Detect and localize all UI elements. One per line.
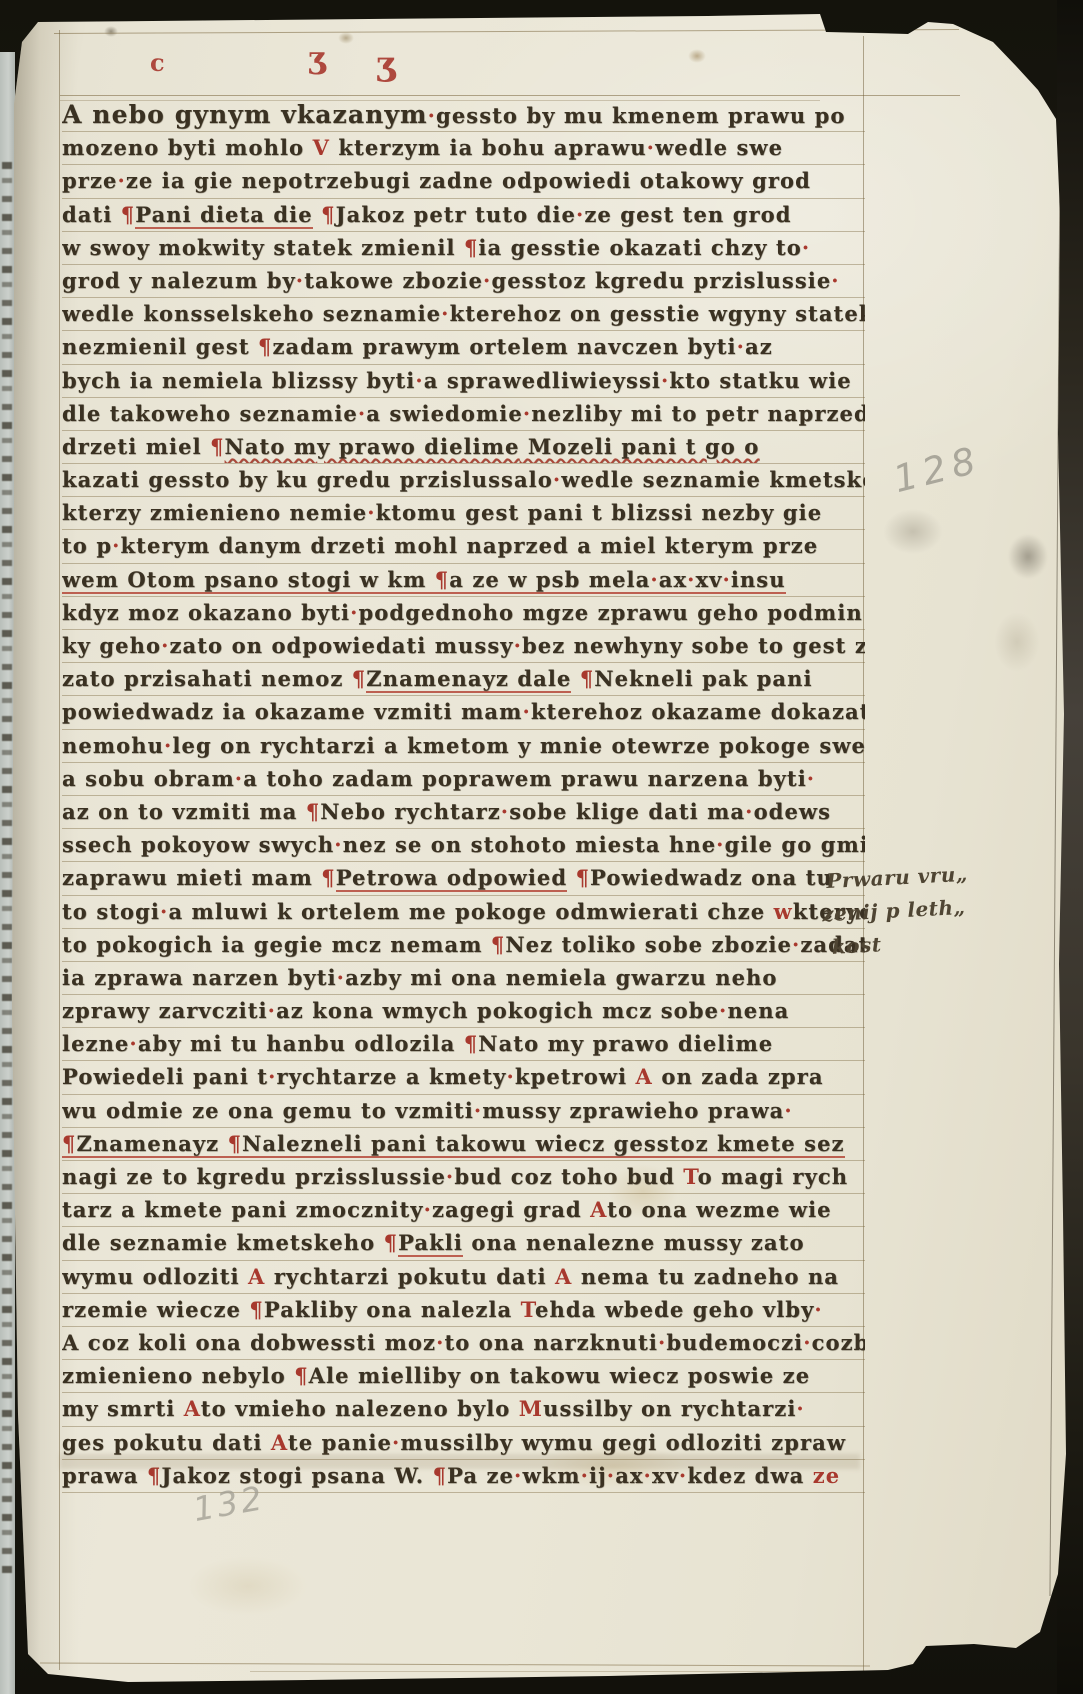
quire-mark-3a: ʒ: [308, 40, 326, 76]
stain: [994, 612, 1040, 672]
text-segment: ·: [745, 799, 753, 824]
manuscript-line: nagi ze to kgredu przisslussie·bud coz t…: [62, 1161, 865, 1194]
text-segment: ax: [659, 567, 687, 594]
text-segment: grod y nalezum by: [62, 268, 296, 293]
text-segment: zaprawu mieti mam: [62, 865, 321, 890]
manuscript-line: mozeno byti mohlo V kterzym ia bohu apra…: [62, 132, 865, 165]
text-segment: az: [745, 334, 773, 359]
manuscript-line: zprawy zarvcziti·az kona wmych pokogich …: [62, 995, 865, 1028]
text-segment: dle seznamie kmetskeho: [62, 1230, 384, 1255]
text-segment: mussilby wymu gegi odloziti zpraw: [400, 1430, 846, 1455]
text-segment: w swoy mokwity statek zmienil: [62, 235, 464, 260]
text-segment: ¶: [435, 567, 449, 594]
text-segment: ktomu gest pani t blizssi nezby gie: [376, 500, 823, 525]
text-segment: ·: [506, 1064, 514, 1089]
manuscript-page: c ʒ ʒ A nebo gynym vkazanym·gessto by mu…: [8, 14, 1068, 1684]
text-segment: ona nenalezne mussy zato: [463, 1230, 805, 1255]
text-segment: ·: [337, 965, 345, 990]
text-segment: M: [519, 1396, 543, 1421]
manuscript-line: dati ¶Pani dieta die ¶Jakoz petr tuto di…: [62, 199, 865, 232]
text-segment: Ale mielliby on takowu wiecz poswie ze: [309, 1363, 811, 1388]
text-segment: budemoczi: [666, 1330, 803, 1355]
text-segment: to stogi: [62, 899, 160, 924]
text-segment: V: [313, 135, 330, 160]
text-segment: ia gesstie okazati chzy to: [478, 235, 801, 260]
text-segment: a sobu obram: [62, 766, 235, 791]
text-segment: ze ia gie nepotrzebugi zadne odpowiedi o…: [126, 168, 811, 193]
text-segment: ¶: [62, 1131, 76, 1158]
text-segment: ·: [334, 832, 342, 857]
text-segment: zadam prawym ortelem navczen byti: [273, 334, 737, 359]
text-segment: ¶: [352, 666, 366, 691]
text-segment: kazati gessto by ku gredu przislussalo: [62, 467, 553, 492]
text-segment: nema tu zadneho na: [572, 1264, 839, 1289]
ruling-left-margin-line: [59, 30, 60, 1670]
text-segment: Pani dieta die: [135, 202, 312, 229]
ruling-bottom-line-2: [250, 1671, 860, 1672]
text-segment: az kona wmych pokogich mcz sobe: [276, 998, 719, 1023]
text-segment: lezne: [62, 1031, 129, 1056]
text-segment: [571, 666, 579, 691]
text-segment: ¶: [228, 1131, 242, 1158]
manuscript-line: Powiedeli pani t·rychtarze a kmety·kpetr…: [62, 1061, 865, 1094]
text-segment: prze: [62, 168, 117, 193]
manuscript-line: dle takoweho seznamie·a swiedomie·nezlib…: [62, 398, 865, 431]
text-segment: leg on rychtarzi a kmetom y mnie otewrze…: [172, 733, 865, 758]
manuscript-line: ssech pokoyow swych·nez se on stohoto mi…: [62, 829, 865, 862]
text-segment: ges pokutu dati: [62, 1430, 271, 1455]
text-segment: kterehoz okazame dokazati: [531, 699, 865, 724]
text-segment: ·: [129, 1031, 137, 1056]
text-segment: Powiedwadz ona tu: [590, 865, 833, 890]
stain: [688, 49, 706, 63]
manuscript-line: grod y nalezum by·takowe zbozie·gesstoz …: [62, 265, 865, 298]
text-segment: rychtarze a kmety: [277, 1064, 507, 1089]
text-segment: ·: [722, 567, 730, 594]
text-segment: A nebo gynym vkazanym: [62, 100, 428, 129]
ruling-top-line: [54, 29, 959, 34]
quire-mark-3b: ʒ: [376, 44, 395, 84]
text-segment: a mluwi k ortelem me pokoge odmwierati c…: [168, 899, 773, 924]
text-segment: Powiedeli pani t: [62, 1064, 268, 1089]
text-segment: ·: [501, 799, 509, 824]
text-segment: ¶: [321, 202, 335, 227]
text-segment: az on to vzmiti ma: [62, 799, 306, 824]
text-segment: ·: [296, 268, 304, 293]
text-segment: ·: [350, 600, 358, 625]
text-segment: Petrowa odpowied: [336, 865, 567, 892]
text-segment: ·: [553, 467, 561, 492]
text-segment: xv: [696, 567, 723, 594]
text-segment: bych ia nemiela blizssy byti: [62, 368, 415, 393]
text-segment: ·: [716, 832, 724, 857]
manuscript-line: wem Otom psano stogi w km ¶a ze w psb me…: [62, 564, 865, 597]
text-segment: zagegi grad: [432, 1197, 590, 1222]
text-segment: te panie: [288, 1430, 392, 1455]
manuscript-line: my smrti Ato vmieho nalezeno bylo Mussil…: [62, 1393, 865, 1426]
text-segment: ·: [523, 401, 531, 426]
text-segment: nena: [727, 998, 789, 1023]
text-segment: Pakliby ona nalezla: [264, 1297, 521, 1322]
manuscript-line: drzeti miel ¶Nato my prawo dielime Mozel…: [62, 431, 865, 464]
text-segment: ·: [268, 1064, 276, 1089]
manuscript-line: rzemie wiecze ¶Pakliby ona nalezla Tehda…: [62, 1294, 865, 1327]
text-segment: ky geho: [62, 633, 161, 658]
text-segment: gile go gmie: [725, 832, 865, 857]
text-segment: kto statku wie: [669, 368, 851, 393]
folio-number-pencil: 128: [889, 438, 985, 501]
text-segment: ¶: [491, 932, 505, 957]
text-segment: rzemie wiecze: [62, 1297, 249, 1322]
text-segment: takowe zbozie: [304, 268, 483, 293]
text-segment: ·: [803, 1330, 811, 1355]
text-segment: o magi rych: [698, 1164, 849, 1189]
text-segment: ·: [650, 567, 658, 594]
text-segment: ·: [268, 998, 276, 1023]
text-segment: nez se on stohoto miesta hne: [343, 832, 716, 857]
text-segment: Nato my prawo dielime: [478, 1031, 773, 1056]
text-segment: nemohu: [62, 733, 164, 758]
text-segment: wem Otom psano stogi w km: [62, 567, 435, 594]
text-segment: nezmienil gest: [62, 334, 258, 359]
text-segment: ·: [784, 1098, 792, 1123]
text-segment: A: [271, 1430, 288, 1455]
text-segment: kterehoz on gesstie wgyny statek: [450, 301, 865, 326]
manuscript-line: zato przisahati nemoz ¶Znamenayz dale ¶N…: [62, 663, 865, 696]
manuscript-line: w swoy mokwity statek zmienil ¶ia gessti…: [62, 232, 865, 265]
stain: [338, 32, 354, 44]
text-segment: A: [636, 1064, 653, 1089]
manuscript-line: zaprawu mieti mam ¶Petrowa odpowied ¶Pow…: [62, 862, 865, 895]
text-segment: ze gest ten grod: [584, 202, 791, 227]
text-segment: ·: [814, 1297, 822, 1322]
text-segment: kterzy zmienieno nemie: [62, 500, 367, 525]
text-segment: ia zprawa narzen byti: [62, 965, 337, 990]
text-segment: a ze w psb mela: [449, 567, 650, 594]
manuscript-line: dle seznamie kmetskeho ¶Pakli ona nenale…: [62, 1227, 865, 1260]
text-segment: wedle seznamie kmetske: [561, 467, 865, 492]
text-segment: ·: [117, 168, 125, 193]
text-segment: a sprawedliwieyssi: [424, 368, 661, 393]
manuscript-line: to pokogich ia gegie mcz nemam ¶Nez toli…: [62, 929, 865, 962]
text-segment: to p: [62, 533, 112, 558]
text-segment: ¶: [321, 865, 335, 890]
text-segment: T: [521, 1297, 535, 1322]
manuscript-line: wymu odloziti A rychtarzi pokutu dati A …: [62, 1261, 865, 1294]
text-segment: nezliby mi to petr naprzed: [531, 401, 865, 426]
text-segment: ·: [687, 567, 695, 594]
text-segment: Nato my prawo dielime: [225, 434, 520, 459]
text-segment: wedle konsselskeho seznamie: [62, 301, 441, 326]
text-segment: kterym danym drzeti mohl naprzed a miel …: [121, 533, 819, 558]
facing-page-bleedthrough-text: [2, 162, 12, 1582]
text-segment: powiedwadz ia okazame vzmiti mam: [62, 699, 522, 724]
text-segment: insu: [731, 567, 786, 594]
text-segment: a swiedomie: [366, 401, 523, 426]
manuscript-line: tarz a kmete pani zmocznity·zagegi grad …: [62, 1194, 865, 1227]
manuscript-line: kdyz moz okazano byti·podgednoho mgze zp…: [62, 597, 865, 630]
text-segment: Znamenayz dale: [366, 666, 571, 693]
text-segment: zprawy zarvcziti: [62, 998, 268, 1023]
text-block: A nebo gynym vkazanym·gessto by mu kmene…: [62, 99, 865, 1493]
manuscript-line: lezne·aby mi tu hanbu odlozila ¶Nato my …: [62, 1028, 865, 1061]
text-segment: wu odmie ze ona gemu to vzmiti: [62, 1098, 474, 1123]
manuscript-line: to p·kterym danym drzeti mohl naprzed a …: [62, 530, 865, 563]
manuscript-line: nezmienil gest ¶zadam prawym ortelem nav…: [62, 331, 865, 364]
text-segment: A: [184, 1396, 201, 1421]
text-segment: ssech pokoyow swych: [62, 832, 334, 857]
text-segment: T: [683, 1164, 697, 1189]
text-segment: ·: [441, 301, 449, 326]
manuscript-line: A coz koli ona dobwessti moz·to ona narz…: [62, 1327, 865, 1360]
text-segment: kdyz moz okazano byti: [62, 600, 350, 625]
manuscript-line: wu odmie ze ona gemu to vzmiti·mussy zpr…: [62, 1095, 865, 1128]
manuscript-line: a sobu obram·a toho zadam poprawem prawu…: [62, 763, 865, 796]
text-segment: ·: [514, 633, 522, 658]
manuscript-line: bych ia nemiela blizssy byti·a sprawedli…: [62, 365, 865, 398]
text-segment: Nalezneli pani takowu wiecz gesstoz kmet…: [242, 1131, 845, 1158]
text-segment: kpetrowi: [515, 1064, 636, 1089]
text-segment: sobe klige dati ma: [509, 799, 745, 824]
text-segment: bez newhyny sobe to gest ze: [522, 633, 865, 658]
text-segment: my smrti: [62, 1396, 184, 1421]
text-segment: ·: [737, 334, 745, 359]
manuscript-line: ¶Znamenayz ¶Nalezneli pani takowu wiecz …: [62, 1128, 865, 1161]
text-segment: ¶: [464, 235, 478, 260]
text-segment: Nebo rychtarz: [320, 799, 500, 824]
text-segment: ·: [424, 1197, 432, 1222]
ruling-header-line: [60, 95, 960, 96]
text-segment: A: [555, 1264, 572, 1289]
text-segment: zato przisahati nemoz: [62, 666, 352, 691]
text-segment: ¶: [294, 1363, 308, 1388]
text-segment: to ona narzknuti: [444, 1330, 657, 1355]
text-segment: ·: [415, 368, 423, 393]
text-segment: ·: [112, 533, 120, 558]
text-segment: ·: [802, 235, 810, 260]
text-segment: mussy zprawieho prawa: [482, 1098, 784, 1123]
manuscript-line: ia zprawa narzen byti·azby mi ona nemiel…: [62, 962, 865, 995]
text-segment: rychtarzi pokutu dati: [265, 1264, 555, 1289]
text-segment: gessto by mu kmenem prawu po: [436, 103, 846, 128]
text-segment: podgednoho mgze zprawu geho podmin: [359, 600, 863, 625]
text-segment: [313, 202, 321, 227]
manuscript-line: kterzy zmienieno nemie·ktomu gest pani t…: [62, 497, 865, 530]
text-segment: azby mi ona nemiela gwarzu neho: [345, 965, 777, 990]
text-segment: Jakoz petr tuto die: [336, 202, 576, 227]
text-segment: ·: [235, 766, 243, 791]
text-segment: ehda wbede geho vlby: [535, 1297, 814, 1322]
text-segment: Pakli: [398, 1230, 463, 1257]
text-segment: Nez toliko sobe zbozie: [505, 932, 792, 957]
text-segment: ussilby on rychtarzi: [543, 1396, 796, 1421]
text-segment: ·: [161, 633, 169, 658]
text-segment: gesstoz kgredu przislussie: [491, 268, 831, 293]
text-segment: dle takoweho seznamie: [62, 401, 358, 426]
text-segment: mozeno byti mohlo: [62, 135, 313, 160]
text-segment: Znamenayz: [76, 1131, 227, 1158]
text-segment: ·: [522, 699, 530, 724]
text-segment: ¶: [464, 1031, 478, 1056]
text-segment: ¶: [249, 1297, 263, 1322]
text-segment: to pokogich ia gegie mcz nemam: [62, 932, 491, 957]
manuscript-line: ky geho·zato on odpowiedati mussy·bez ne…: [62, 630, 865, 663]
manuscript-line: az on to vzmiti ma ¶Nebo rychtarz·sobe k…: [62, 796, 865, 829]
manuscript-line: wedle konsselskeho seznamie·kterehoz on …: [62, 298, 865, 331]
text-segment: odews: [754, 799, 831, 824]
ink-offset-ghost: [60, 1454, 860, 1469]
text-segment: Nekneli pak pani: [594, 666, 812, 691]
stain: [1008, 534, 1048, 579]
text-segment: wymu odloziti: [62, 1264, 248, 1289]
text-segment: ·: [796, 1396, 804, 1421]
stain: [883, 509, 943, 554]
text-segment: a toho zadam poprawem prawu narzena byti: [243, 766, 807, 791]
text-segment: drzeti miel: [62, 434, 210, 459]
text-segment: A coz koli ona dobwessti moz: [62, 1330, 436, 1355]
manuscript-line: kazati gessto by ku gredu przislussalo·w…: [62, 464, 865, 497]
manuscript-line: A nebo gynym vkazanym·gessto by mu kmene…: [62, 99, 865, 132]
stain: [188, 1556, 308, 1616]
text-segment: ¶: [306, 799, 320, 824]
text-segment: ¶: [384, 1230, 398, 1255]
text-segment: on zada zpra: [653, 1064, 824, 1089]
text-segment: Mozeli pani t go o: [520, 434, 760, 459]
ruling-bottom-line: [40, 1663, 870, 1667]
text-segment: dati: [62, 202, 121, 227]
text-segment: ·: [831, 268, 839, 293]
quire-mark-c: c: [150, 48, 165, 77]
text-segment: nagi ze to kgredu przisslussie: [62, 1164, 446, 1189]
manuscript-line: to stogi·a mluwi k ortelem me pokoge odm…: [62, 896, 865, 929]
text-segment: A: [248, 1264, 265, 1289]
text-segment: ¶: [258, 334, 272, 359]
text-segment: wedle swe: [655, 135, 783, 160]
text-segment: ·: [647, 135, 655, 160]
manuscript-line: nemohu·leg on rychtarzi a kmetom y mnie …: [62, 730, 865, 763]
text-segment: to ona wezme wie: [607, 1197, 831, 1222]
text-segment: [567, 865, 575, 890]
text-segment: A: [590, 1197, 607, 1222]
text-segment: ¶: [210, 434, 224, 459]
text-segment: ¶: [121, 202, 135, 227]
text-segment: ¶: [580, 666, 594, 691]
stain: [104, 26, 118, 37]
manuscript-line: zmienieno nebylo ¶Ale mielliby on takowu…: [62, 1360, 865, 1393]
text-segment: cozby: [812, 1330, 865, 1355]
text-segment: ¶: [576, 865, 590, 890]
text-segment: to vmieho nalezeno bylo: [201, 1396, 519, 1421]
manuscript-photo: c ʒ ʒ A nebo gynym vkazanym·gessto by mu…: [0, 0, 1083, 1694]
text-segment: w: [774, 899, 793, 924]
manuscript-line: powiedwadz ia okazame vzmiti mam·ktereho…: [62, 696, 865, 729]
margin-note: Prwaru vru„ zenij p leth„ kost: [826, 853, 1061, 964]
text-segment: ·: [807, 766, 815, 791]
text-segment: zmienieno nebylo: [62, 1363, 294, 1388]
text-segment: ·: [428, 103, 436, 128]
text-segment: ·: [367, 500, 375, 525]
text-segment: zato on odpowiedati mussy: [170, 633, 514, 658]
text-segment: bud coz toho bud: [454, 1164, 683, 1189]
text-segment: kterzym ia bohu aprawu: [330, 135, 647, 160]
text-segment: aby mi tu hanbu odlozila: [138, 1031, 464, 1056]
manuscript-line: prze·ze ia gie nepotrzebugi zadne odpowi…: [62, 165, 865, 198]
text-segment: tarz a kmete pani zmocznity: [62, 1197, 424, 1222]
